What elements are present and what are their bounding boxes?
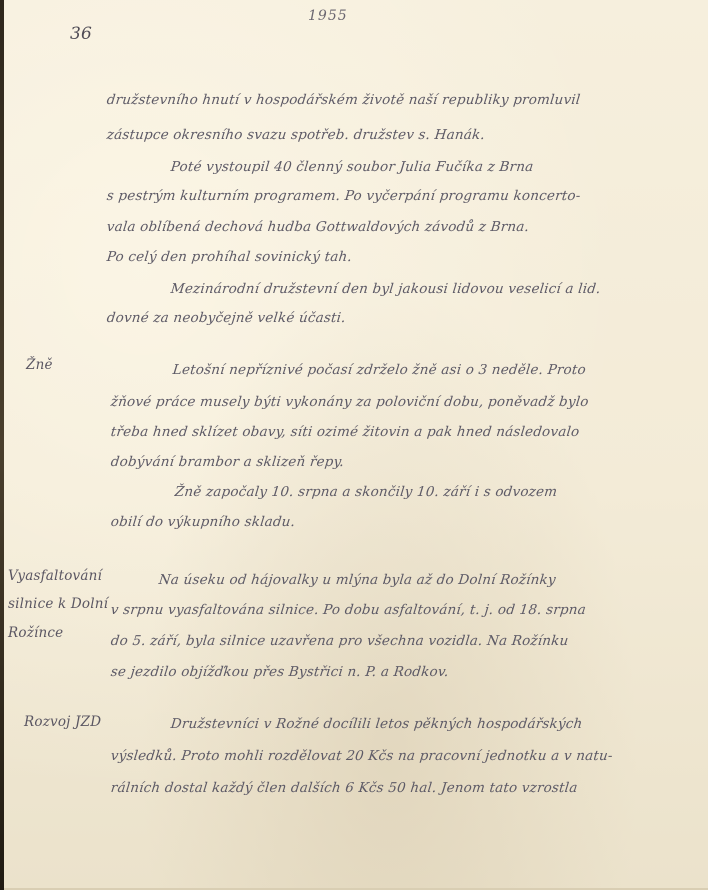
- body-line: s pestrým kulturním programem. Po vyčerp…: [106, 188, 581, 204]
- body-line: v srpnu vyasfaltována silnice. Po dobu a…: [110, 602, 587, 618]
- body-line: Poté vystoupil 40 členný soubor Julia Fu…: [170, 159, 534, 175]
- body-line: rálních dostal každý člen dalších 6 Kčs …: [110, 780, 578, 796]
- chronicle-page: 36 1955 družstevního hnutí v hospodářské…: [0, 0, 708, 890]
- year-header: 1955: [308, 8, 348, 24]
- body-line: Družstevníci v Rožné docílili letos pěkn…: [170, 716, 583, 732]
- margin-label-road-asphalting: silnice k Dolní: [8, 596, 108, 612]
- body-line: Letošní nepříznivé počasí zdrželo žně as…: [172, 362, 587, 378]
- body-line: Po celý den prohíhal sovinický tah.: [106, 249, 353, 265]
- margin-label-jzd-development: Rozvoj JZD: [24, 714, 101, 730]
- body-line: vala oblíbená dechová hudba Gottwaldovýc…: [106, 219, 530, 235]
- body-line: dovné za neobyčejně velké účasti.: [106, 310, 347, 326]
- margin-label-road-asphalting: Vyasfaltování: [8, 568, 102, 584]
- margin-label-harvest: Žně: [26, 357, 53, 373]
- body-line: Mezinárodní družstevní den byl jakousi l…: [170, 281, 601, 297]
- body-line: zástupce okresního svazu spotřeb. družst…: [106, 127, 486, 143]
- body-line: se jezdilo objížďkou přes Bystřici n. P.…: [110, 664, 449, 680]
- body-line: Na úseku od hájovalky u mlýna byla až do…: [158, 572, 557, 588]
- body-line: Žně započaly 10. srpna a skončily 10. zá…: [174, 484, 558, 500]
- body-line: třeba hned sklízet obavy, síti ozimé žit…: [110, 424, 580, 440]
- page-number: 36: [70, 24, 92, 44]
- body-line: žňové práce musely býti vykonány za polo…: [110, 394, 589, 410]
- body-line: dobývání brambor a sklizeň řepy.: [110, 454, 345, 470]
- body-line: družstevního hnutí v hospodářském životě…: [106, 92, 581, 108]
- body-line: výsledků. Proto mohli rozdělovat 20 Kčs …: [110, 748, 614, 764]
- margin-label-road-asphalting: Rožínce: [8, 625, 63, 641]
- body-line: obilí do výkupního skladu.: [110, 514, 296, 530]
- body-line: do 5. září, byla silnice uzavřena pro vš…: [110, 633, 569, 649]
